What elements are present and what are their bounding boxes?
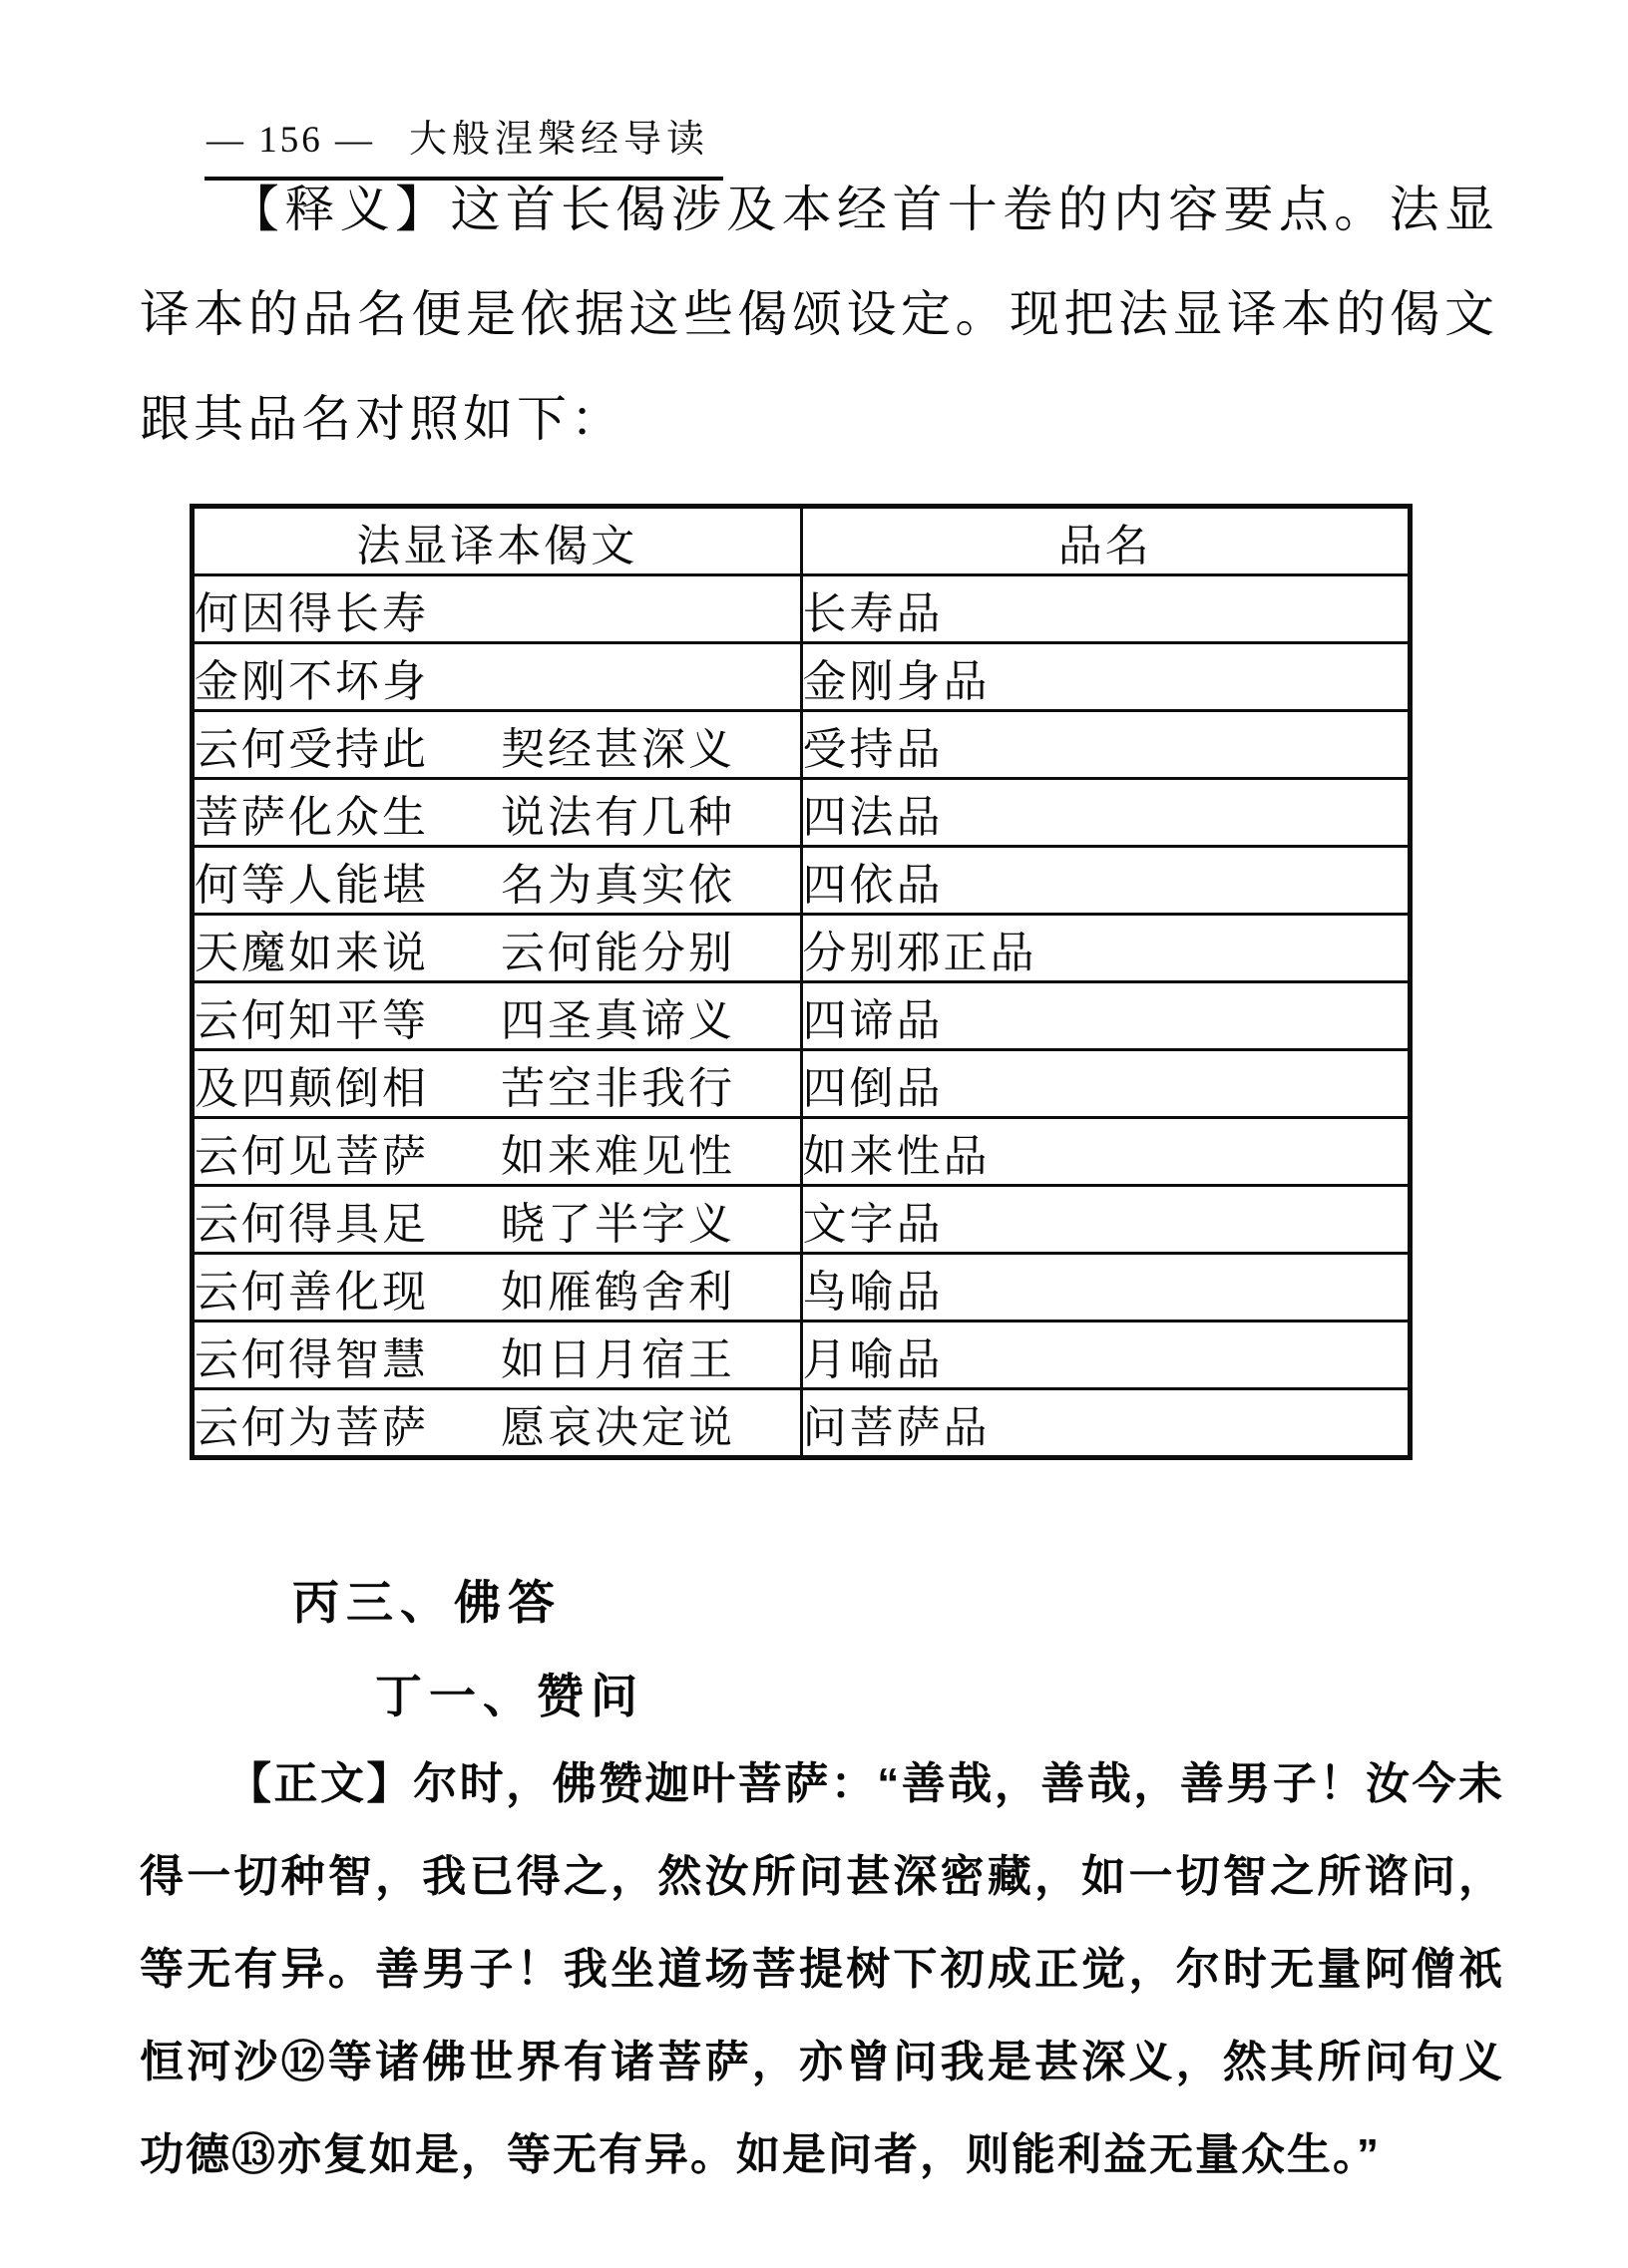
pin-name-cell: 四法品 — [801, 779, 1411, 847]
pin-name-cell: 长寿品 — [801, 575, 1411, 643]
table-header-verse: 法显译本偈文 — [193, 507, 802, 575]
verse-part-1: 云何受持此 — [195, 725, 429, 774]
verse-part-1: 云何为菩萨 — [195, 1403, 429, 1452]
table-row: 何等人能堪名为真实依 四依品 — [193, 847, 1411, 915]
verse-part-1: 云何得智慧 — [195, 1335, 429, 1384]
verse-cell: 云何为菩萨愿哀决定说 — [193, 1389, 802, 1458]
verse-cell: 何等人能堪名为真实依 — [193, 847, 802, 915]
table-row: 云何得智慧如日月宿王 月喻品 — [193, 1322, 1411, 1389]
table-header-pin: 品名 — [801, 507, 1411, 575]
table-row: 天魔如来说云何能分别 分别邪正品 — [193, 915, 1411, 982]
verse-part-1: 云何知平等 — [195, 996, 429, 1045]
pin-name-cell: 月喻品 — [801, 1322, 1411, 1389]
book-page: — 156 —大般涅槃经导读 【释义】这首长偈涉及本经首十卷的内容要点。法显译本… — [0, 0, 1628, 2268]
table-row: 菩萨化众生说法有几种 四法品 — [193, 779, 1411, 847]
verse-cell: 云何善化现如雁鹤舍利 — [193, 1254, 802, 1322]
verse-part-1: 何等人能堪 — [195, 861, 429, 910]
verse-cell: 云何受持此契经甚深义 — [193, 711, 802, 779]
pin-name-cell: 金刚身品 — [801, 643, 1411, 711]
pin-name-cell: 受持品 — [801, 711, 1411, 779]
verse-part-1: 何因得长寿 — [195, 589, 429, 638]
pin-name-cell: 四谛品 — [801, 982, 1411, 1050]
verse-cell: 云何得具足晓了半字义 — [193, 1186, 802, 1254]
verse-cell: 何因得长寿 — [193, 575, 802, 643]
verse-cell: 金刚不坏身 — [193, 643, 802, 711]
pin-name-cell: 四依品 — [801, 847, 1411, 915]
verse-pin-comparison-table: 法显译本偈文 品名 何因得长寿 长寿品 金刚不坏身 金刚身品 云何受持此契经甚深… — [190, 504, 1413, 1460]
verse-part-1: 菩萨化众生 — [195, 793, 429, 842]
verse-part-1: 金刚不坏身 — [195, 657, 429, 706]
main-text-paragraph: 【正文】尔时，佛赞迦叶菩萨：“善哉，善哉，善男子！汝今未得一切种智，我已得之，然… — [140, 1737, 1504, 2201]
pin-name-cell: 鸟喻品 — [801, 1254, 1411, 1322]
verse-cell: 菩萨化众生说法有几种 — [193, 779, 802, 847]
table-header-row: 法显译本偈文 品名 — [193, 507, 1411, 575]
verse-part-1: 云何得具足 — [195, 1200, 429, 1249]
verse-part-2: 苦空非我行 — [501, 1064, 735, 1113]
section-heading-level1: 丙三、佛答 — [292, 1566, 562, 1633]
table-row: 云何为菩萨愿哀决定说 问菩萨品 — [193, 1389, 1411, 1458]
verse-cell: 云何知平等四圣真谛义 — [193, 982, 802, 1050]
table-row: 金刚不坏身 金刚身品 — [193, 643, 1411, 711]
verse-part-1: 云何见菩萨 — [195, 1132, 429, 1181]
verse-part-2: 愿哀决定说 — [501, 1403, 735, 1452]
book-title: 大般涅槃经导读 — [409, 119, 709, 161]
verse-part-2: 如雁鹤舍利 — [501, 1268, 735, 1317]
verse-cell: 天魔如来说云何能分别 — [193, 915, 802, 982]
table-row: 云何受持此契经甚深义 受持品 — [193, 711, 1411, 779]
verse-cell: 云何得智慧如日月宿王 — [193, 1322, 802, 1389]
verse-part-1: 天魔如来说 — [195, 929, 429, 977]
table-row: 何因得长寿 长寿品 — [193, 575, 1411, 643]
pin-name-cell: 分别邪正品 — [801, 915, 1411, 982]
verse-part-2: 四圣真谛义 — [501, 996, 735, 1045]
section-heading-level2: 丁一、赞问 — [375, 1660, 644, 1726]
verse-cell: 云何见菩萨如来难见性 — [193, 1118, 802, 1186]
verse-part-2: 契经甚深义 — [501, 725, 735, 774]
verse-cell: 及四颠倒相苦空非我行 — [193, 1050, 802, 1118]
pin-name-cell: 问菩萨品 — [801, 1389, 1411, 1458]
verse-part-2: 名为真实依 — [501, 861, 735, 910]
verse-part-2: 如日月宿王 — [501, 1335, 735, 1384]
intro-paragraph: 【释义】这首长偈涉及本经首十卷的内容要点。法显译本的品名便是依据这些偈颂设定。现… — [140, 158, 1498, 472]
verse-part-1: 云何善化现 — [195, 1268, 429, 1317]
table-row: 云何善化现如雁鹤舍利 鸟喻品 — [193, 1254, 1411, 1322]
table-row: 云何见菩萨如来难见性 如来性品 — [193, 1118, 1411, 1186]
verse-part-2: 云何能分别 — [501, 929, 735, 977]
verse-part-2: 如来难见性 — [501, 1132, 735, 1181]
pin-name-cell: 如来性品 — [801, 1118, 1411, 1186]
page-number: — 156 — — [206, 120, 375, 161]
pin-name-cell: 文字品 — [801, 1186, 1411, 1254]
verse-part-1: 及四颠倒相 — [195, 1064, 429, 1113]
pin-name-cell: 四倒品 — [801, 1050, 1411, 1118]
table-row: 及四颠倒相苦空非我行 四倒品 — [193, 1050, 1411, 1118]
table-row: 云何得具足晓了半字义 文字品 — [193, 1186, 1411, 1254]
verse-part-2: 说法有几种 — [501, 793, 735, 842]
table-row: 云何知平等四圣真谛义 四谛品 — [193, 982, 1411, 1050]
verse-part-2: 晓了半字义 — [501, 1200, 735, 1249]
